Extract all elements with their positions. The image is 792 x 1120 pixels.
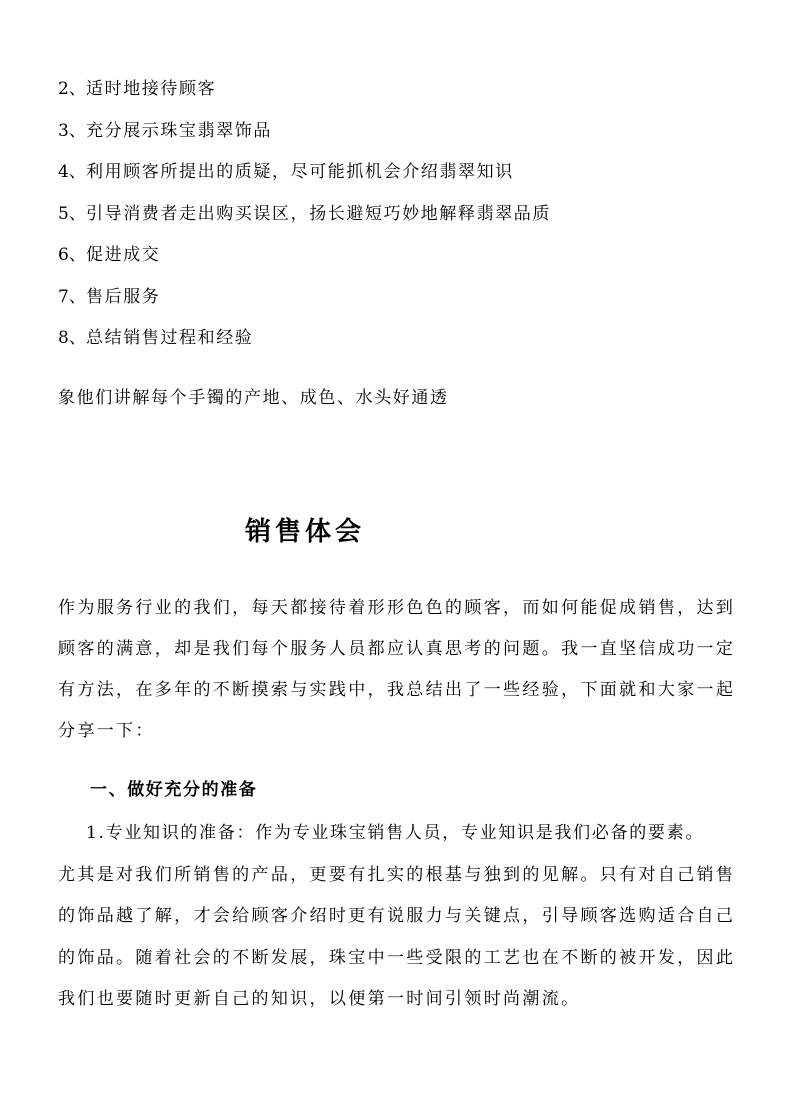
list-item-number: 5、 — [58, 203, 86, 225]
list-item-number: 4、 — [58, 161, 86, 183]
list-item: 8、总结销售过程和经验 — [58, 327, 253, 349]
list-item-text: 售后服务 — [86, 287, 160, 307]
paragraph-line: 的饰品。随着社会的不断发展，珠宝中一些受限的工艺也在不断的被开发，因此 — [58, 947, 735, 969]
section-heading: 一、做好充分的准备 — [90, 779, 257, 801]
list-item-number: 6、 — [58, 244, 86, 266]
paragraph-line: 有方法，在多年的不断摸索与实践中，我总结出了一些经验，下面就和大家一起 — [58, 679, 735, 701]
list-item-number: 8、 — [58, 327, 86, 349]
note-line: 象他们讲解每个手镯的产地、成色、水头好通透 — [58, 387, 449, 409]
paragraph-line: 分享一下： — [58, 720, 155, 742]
list-item: 3、充分展示珠宝翡翠饰品 — [58, 120, 272, 142]
paragraph-line: 作为服务行业的我们，每天都接待着形形色色的顾客，而如何能促成销售，达到 — [58, 597, 735, 619]
list-item-text: 总结销售过程和经验 — [86, 328, 253, 348]
list-item: 6、促进成交 — [58, 244, 160, 266]
list-item: 2、适时地接待顾客 — [58, 78, 216, 100]
list-item-text: 促进成交 — [86, 245, 160, 265]
list-item-text: 利用顾客所提出的质疑，尽可能抓机会介绍翡翠知识 — [86, 162, 514, 182]
list-item-text: 引导消费者走出购买误区，扬长避短巧妙地解释翡翠品质 — [86, 204, 551, 224]
article-title: 销售体会 — [245, 515, 365, 549]
list-item: 7、售后服务 — [58, 286, 160, 308]
list-item-number: 3、 — [58, 120, 86, 142]
paragraph-line: 顾客的满意，却是我们每个服务人员都应认真思考的问题。我一直坚信成功一定 — [58, 638, 735, 660]
document-page: 2、适时地接待顾客 3、充分展示珠宝翡翠饰品 4、利用顾客所提出的质疑，尽可能抓… — [0, 0, 792, 1120]
paragraph-line: 的饰品越了解，才会给顾客介绍时更有说服力与关键点，引导顾客选购适合自己 — [58, 905, 735, 927]
paragraph-line: 我们也要随时更新自己的知识，以便第一时间引领时尚潮流。 — [58, 988, 580, 1010]
list-item: 4、利用顾客所提出的质疑，尽可能抓机会介绍翡翠知识 — [58, 161, 514, 183]
list-item-number: 2、 — [58, 78, 86, 100]
paragraph-line: 1.专业知识的准备：作为专业珠宝销售人员，专业知识是我们必备的要素。 — [86, 822, 704, 844]
list-item-number: 7、 — [58, 286, 86, 308]
list-item-text: 充分展示珠宝翡翠饰品 — [86, 121, 272, 141]
list-item: 5、引导消费者走出购买误区，扬长避短巧妙地解释翡翠品质 — [58, 203, 551, 225]
paragraph-line: 尤其是对我们所销售的产品，更要有扎实的根基与独到的见解。只有对自己销售 — [58, 864, 735, 886]
list-item-text: 适时地接待顾客 — [86, 79, 216, 99]
